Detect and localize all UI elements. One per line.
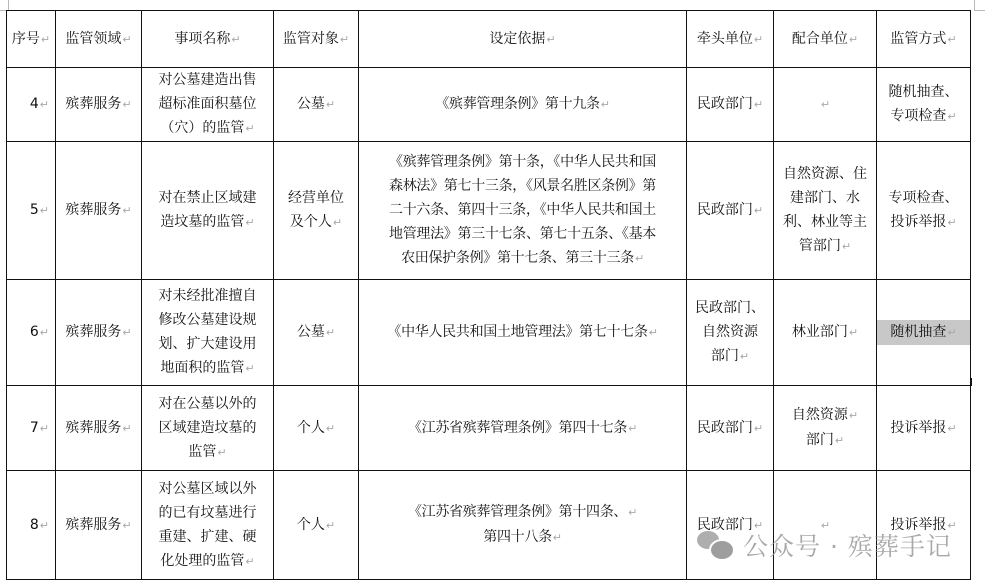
cell-item: 对公墓建造出售超标准面积墓位（穴）的监管↵ — [142, 68, 274, 142]
cell-field: 殡葬服务↵ — [56, 142, 142, 280]
page-corner-mark-top-right — [974, 0, 985, 11]
table-row: 4↵ 殡葬服务↵ 对公墓建造出售超标准面积墓位（穴）的监管↵ 公墓↵ 《殡葬管理… — [7, 68, 971, 142]
highlighted-text: 随机抽查↵ — [877, 320, 970, 345]
table-row: 5↵ 殡葬服务↵ 对在禁止区域建造坟墓的监管↵ 经营单位及个人↵ 《殡葬管理条例… — [7, 142, 971, 280]
cell-cooperate: 自然资源、住 建部门、水 利、林业等主 管部门↵ — [774, 142, 877, 280]
cell-no: 7↵ — [7, 386, 56, 471]
cell-item: 对未经批准擅自 修改公墓建设规 划、扩大建设用 地面积的监管↵ — [142, 280, 274, 386]
cell-target: 公墓↵ — [274, 68, 359, 142]
cell-cooperate: 林业部门↵ — [774, 280, 877, 386]
cell-basis: 《江苏省殡葬管理条例》第十四条、↵ 第四十八条↵ — [359, 471, 687, 580]
cell-item: 对公墓区域以外 的已有坟墓进行 重建、扩建、硬 化处理的监管↵ — [142, 471, 274, 580]
header-basis: 设定依据↵ — [359, 11, 687, 68]
cell-field: 殡葬服务↵ — [56, 471, 142, 580]
cell-cooperate: ↵ — [774, 68, 877, 142]
cell-lead: 民政部门↵ — [687, 386, 774, 471]
cell-field: 殡葬服务↵ — [56, 68, 142, 142]
cell-no: 4↵ — [7, 68, 56, 142]
cell-field: 殡葬服务↵ — [56, 280, 142, 386]
header-target: 监管对象↵ — [274, 11, 359, 68]
cell-field: 殡葬服务↵ — [56, 386, 142, 471]
cell-method: 投诉举报↵ — [877, 471, 971, 580]
header-no: 序号↵ — [7, 11, 56, 68]
cell-no: 8↵ — [7, 471, 56, 580]
header-lead: 牵头单位↵ — [687, 11, 774, 68]
cell-method: 随机抽查、专项检查↵ — [877, 68, 971, 142]
cell-item: 对在公墓以外的 区域建造坟墓的 监管↵ — [142, 386, 274, 471]
cell-method: 投诉举报↵ — [877, 386, 971, 471]
cell-lead: 民政部门↵ — [687, 471, 774, 580]
cell-item: 对在禁止区域建造坟墓的监管↵ — [142, 142, 274, 280]
cell-lead: 民政部门↵ — [687, 142, 774, 280]
cell-basis: 《殡葬管理条例》第十九条↵ — [359, 68, 687, 142]
cell-no: 6↵ — [7, 280, 56, 386]
cell-target: 个人↵ — [274, 386, 359, 471]
cell-target: 个人↵ — [274, 471, 359, 580]
cell-basis: 《殡葬管理条例》第十条，《中华人民共和国 森林法》第七十三条，《风景名胜区条例》… — [359, 142, 687, 280]
cell-no: 5↵ — [7, 142, 56, 280]
cell-method: 随机抽查↵ — [877, 280, 971, 386]
header-cooperate: 配合单位↵ — [774, 11, 877, 68]
table-header-row: 序号↵ 监管领域↵ 事项名称↵ 监管对象↵ 设定依据↵ 牵头单位↵ 配合单位↵ … — [7, 11, 971, 68]
header-item: 事项名称↵ — [142, 11, 274, 68]
table-row: 7↵ 殡葬服务↵ 对在公墓以外的 区域建造坟墓的 监管↵ 个人↵ 《江苏省殡葬管… — [7, 386, 971, 471]
cell-basis: 《江苏省殡葬管理条例》第四十七条↵ — [359, 386, 687, 471]
cell-lead: 民政部门、 自然资源 部门↵ — [687, 280, 774, 386]
header-method: 监管方式↵ — [877, 11, 971, 68]
supervision-table: 序号↵ 监管领域↵ 事项名称↵ 监管对象↵ 设定依据↵ 牵头单位↵ 配合单位↵ … — [6, 10, 971, 580]
cell-method: 专项检查、投诉举报↵ — [877, 142, 971, 280]
cell-cooperate: 自然资源↵ 部门↵ — [774, 386, 877, 471]
text-cursor-mark — [971, 378, 972, 386]
cell-lead: 民政部门↵ — [687, 68, 774, 142]
header-field: 监管领域↵ — [56, 11, 142, 68]
table-row: 8↵ 殡葬服务↵ 对公墓区域以外 的已有坟墓进行 重建、扩建、硬 化处理的监管↵… — [7, 471, 971, 580]
cell-target: 经营单位及个人↵ — [274, 142, 359, 280]
cell-cooperate: ↵ — [774, 471, 877, 580]
cell-target: 公墓↵ — [274, 280, 359, 386]
table-row: 6↵ 殡葬服务↵ 对未经批准擅自 修改公墓建设规 划、扩大建设用 地面积的监管↵… — [7, 280, 971, 386]
cell-basis: 《中华人民共和国土地管理法》第七十七条↵ — [359, 280, 687, 386]
